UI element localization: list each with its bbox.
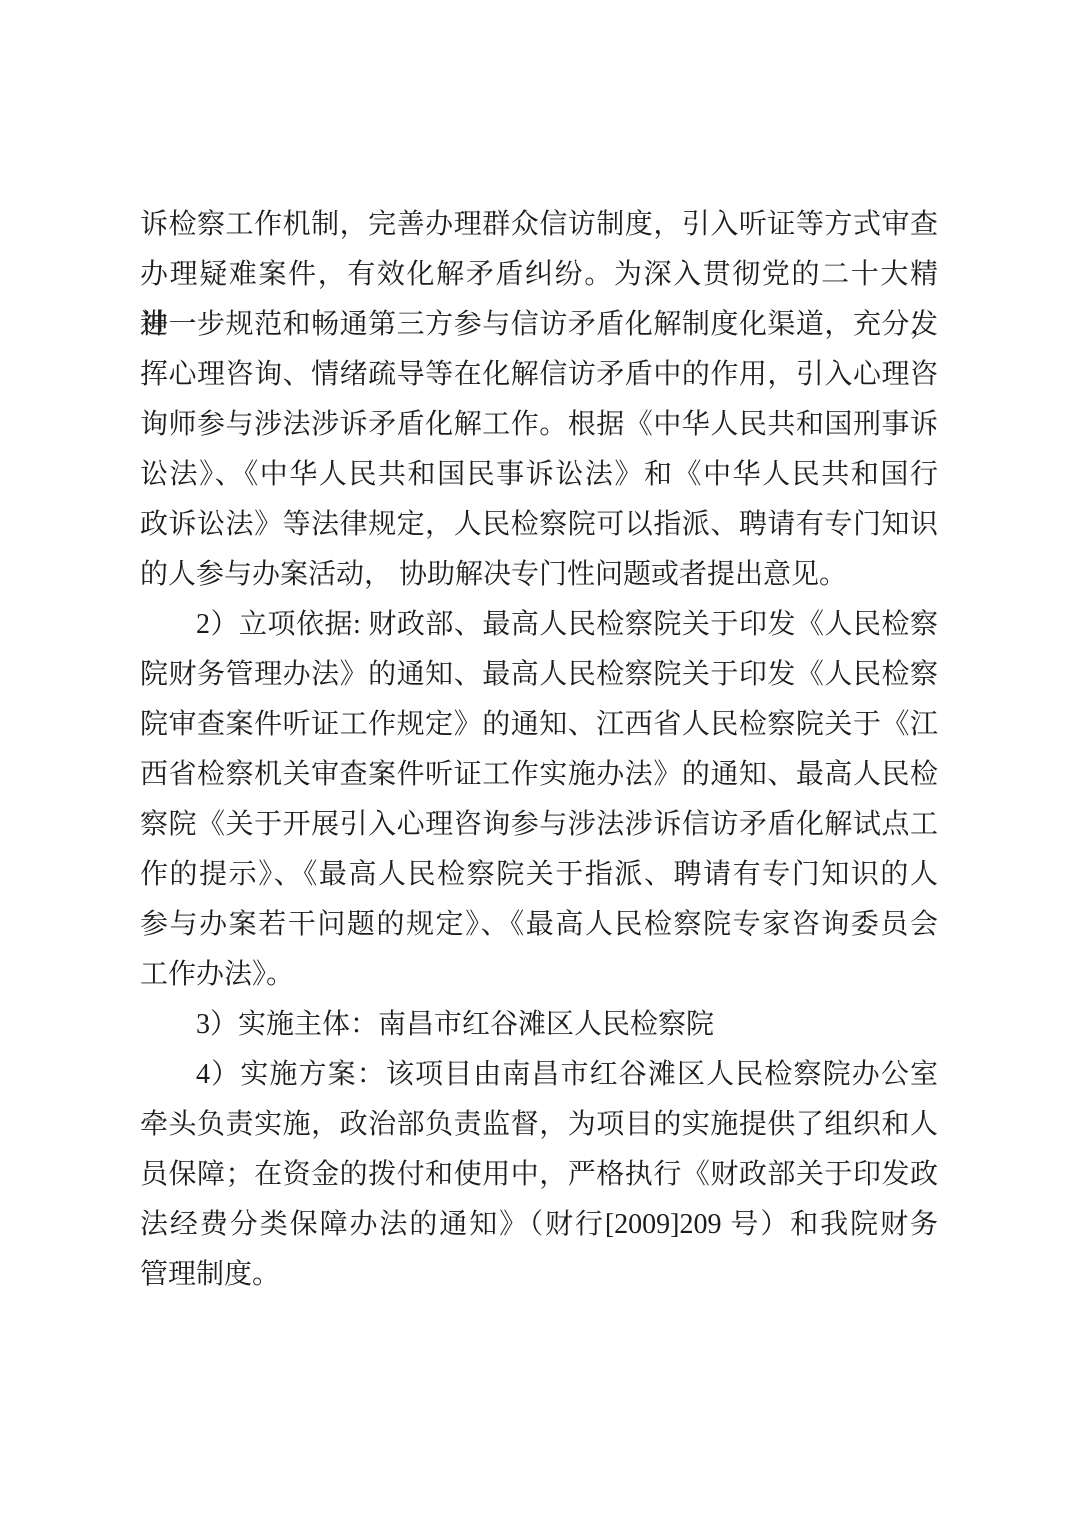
document-line: 2）立项依据: 财政部、最高人民检察院关于印发《人民检察 bbox=[140, 600, 938, 650]
document-line: 西省检察机关审查案件听证工作实施办法》的通知、最高人民检 bbox=[140, 750, 938, 800]
document-line: 作的提示》、《最高人民检察院关于指派、聘请有专门知识的人 bbox=[140, 850, 938, 900]
document-line: 3）实施主体：南昌市红谷滩区人民检察院 bbox=[140, 1000, 938, 1050]
document-body: 诉检察工作机制，完善办理群众信访制度，引入听证等方式审查办理疑难案件，有效化解矛… bbox=[140, 200, 938, 1300]
document-line: 院审查案件听证工作规定》的通知、江西省人民检察院关于《江 bbox=[140, 700, 938, 750]
document-line: 办理疑难案件，有效化解矛盾纠纷。为深入贯彻党的二十大精神， bbox=[140, 250, 938, 300]
paragraph: 3）实施主体：南昌市红谷滩区人民检察院 bbox=[140, 1000, 938, 1050]
paragraph: 诉检察工作机制，完善办理群众信访制度，引入听证等方式审查办理疑难案件，有效化解矛… bbox=[140, 200, 938, 600]
document-page: 诉检察工作机制，完善办理群众信访制度，引入听证等方式审查办理疑难案件，有效化解矛… bbox=[0, 0, 1074, 1520]
document-line: 挥心理咨询、情绪疏导等在化解信访矛盾中的作用，引入心理咨 bbox=[140, 350, 938, 400]
document-line: 工作办法》。 bbox=[140, 950, 938, 1000]
document-line: 察院《关于开展引入心理咨询参与涉法涉诉信访矛盾化解试点工 bbox=[140, 800, 938, 850]
document-line: 4）实施方案：该项目由南昌市红谷滩区人民检察院办公室 bbox=[140, 1050, 938, 1100]
document-line: 院财务管理办法》的通知、最高人民检察院关于印发《人民检察 bbox=[140, 650, 938, 700]
document-line: 牵头负责实施，政治部负责监督，为项目的实施提供了组织和人 bbox=[140, 1100, 938, 1150]
document-line: 员保障；在资金的拨付和使用中，严格执行《财政部关于印发政 bbox=[140, 1150, 938, 1200]
document-line: 讼法》、《中华人民共和国民事诉讼法》和《中华人民共和国行 bbox=[140, 450, 938, 500]
document-line: 参与办案若干问题的规定》、《最高人民检察院专家咨询委员会 bbox=[140, 900, 938, 950]
document-line: 进一步规范和畅通第三方参与信访矛盾化解制度化渠道，充分发 bbox=[140, 300, 938, 350]
document-line: 询师参与涉法涉诉矛盾化解工作。根据《中华人民共和国刑事诉 bbox=[140, 400, 938, 450]
document-line: 诉检察工作机制，完善办理群众信访制度，引入听证等方式审查 bbox=[140, 200, 938, 250]
document-line: 的人参与办案活动， 协助解决专门性问题或者提出意见。 bbox=[140, 550, 938, 600]
paragraph: 4）实施方案：该项目由南昌市红谷滩区人民检察院办公室牵头负责实施，政治部负责监督… bbox=[140, 1050, 938, 1300]
document-line: 政诉讼法》等法律规定，人民检察院可以指派、聘请有专门知识 bbox=[140, 500, 938, 550]
paragraph: 2）立项依据: 财政部、最高人民检察院关于印发《人民检察院财务管理办法》的通知、… bbox=[140, 600, 938, 1000]
document-line: 管理制度。 bbox=[140, 1250, 938, 1300]
document-line: 法经费分类保障办法的通知》（财行[2009]209 号）和我院财务 bbox=[140, 1200, 938, 1250]
